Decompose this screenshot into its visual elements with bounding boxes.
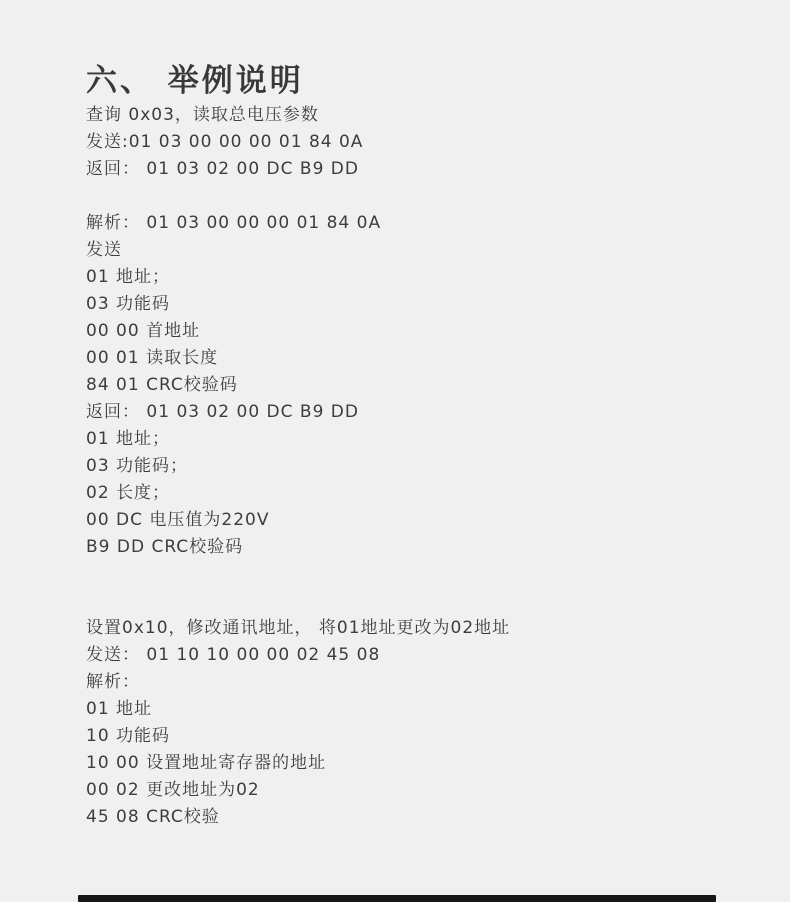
section-body: 查询 0x03，读取总电压参数发送:01 03 00 00 00 01 84 0… (86, 102, 760, 831)
text-line: 01 地址； (86, 264, 760, 291)
text-line: 设置0x10，修改通讯地址， 将01地址更改为02地址 (86, 615, 760, 642)
text-line: 解析： (86, 669, 760, 696)
text-line: 84 01 CRC校验码 (86, 372, 760, 399)
text-line: 10 功能码 (86, 723, 760, 750)
text-line: B9 DD CRC校验码 (86, 534, 760, 561)
text-line: 返回： 01 03 02 00 DC B9 DD (86, 399, 760, 426)
text-line: 45 08 CRC校验 (86, 804, 760, 831)
text-line: 00 00 首地址 (86, 318, 760, 345)
text-line: 03 功能码 (86, 291, 760, 318)
text-line: 解析： 01 03 00 00 00 01 84 0A (86, 210, 760, 237)
text-line: 00 02 更改地址为02 (86, 777, 760, 804)
text-line: 01 地址 (86, 696, 760, 723)
example-section: 六、 举例说明 查询 0x03，读取总电压参数发送:01 03 00 00 00… (86, 60, 760, 831)
text-line: 发送： 01 10 10 00 00 02 45 08 (86, 642, 760, 669)
text-line: 发送 (86, 237, 760, 264)
text-line: 发送:01 03 00 00 00 01 84 0A (86, 129, 760, 156)
text-line: 00 01 读取长度 (86, 345, 760, 372)
text-line: 10 00 设置地址寄存器的地址 (86, 750, 760, 777)
text-line: 查询 0x03，读取总电压参数 (86, 102, 760, 129)
text-line: 02 长度； (86, 480, 760, 507)
text-line: 返回： 01 03 02 00 DC B9 DD (86, 156, 760, 183)
text-line (86, 561, 760, 588)
text-line (86, 588, 760, 615)
manual-page: 六、 举例说明 查询 0x03，读取总电压参数发送:01 03 00 00 00… (0, 0, 790, 902)
text-line: 03 功能码； (86, 453, 760, 480)
section-heading: 六、 举例说明 (86, 60, 760, 102)
bottom-divider-bar (78, 895, 716, 902)
text-line: 00 DC 电压值为220V (86, 507, 760, 534)
text-line: 01 地址； (86, 426, 760, 453)
text-line (86, 183, 760, 210)
